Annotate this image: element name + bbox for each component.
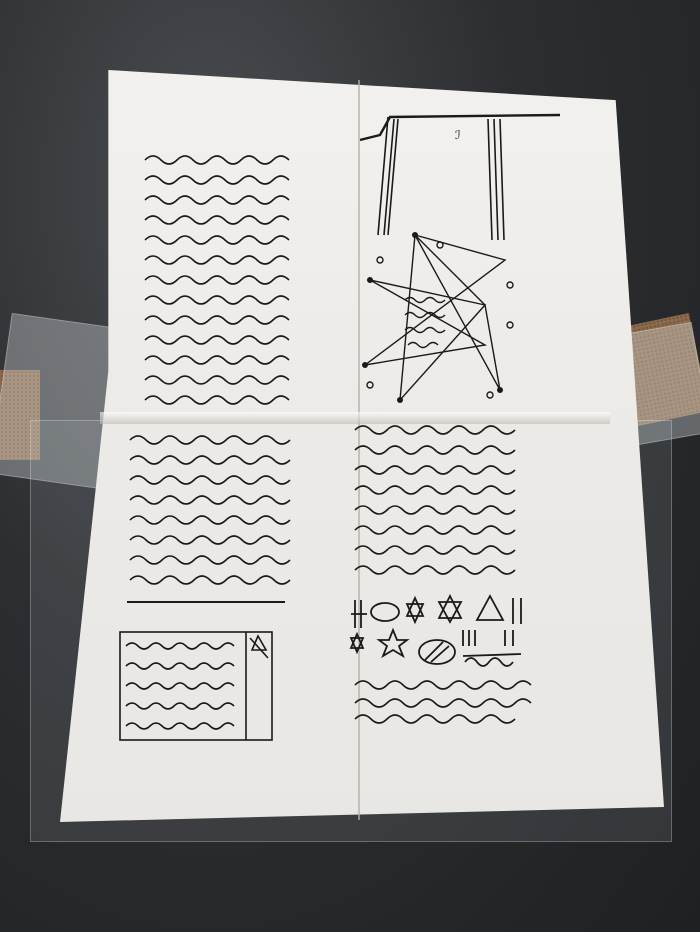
left-handwriting-lower [125,430,295,615]
left-handwriting-upper [140,150,300,415]
symbols-row [345,590,530,675]
heptagram-star-icon [360,230,520,405]
right-handwriting [350,420,530,590]
left-boxed-section [118,630,274,742]
right-handwriting-bottom [350,675,550,725]
svg-text:ℐ: ℐ [455,128,461,142]
right-top-figure: ℐ [360,105,570,240]
